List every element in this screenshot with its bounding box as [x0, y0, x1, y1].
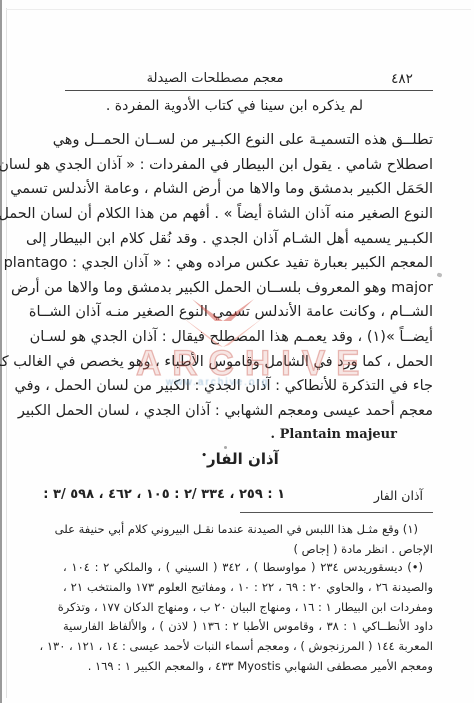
- footnote-1: (١) وقع مثـل هذا اللبس في الصيدنة عندما …: [63, 520, 433, 559]
- entry-volume-page-refs: ١ : ٢٥٩ ، ٣٣٤ /٢ : ١٠٥ ، ٤٦٢ ، ٥٩٨ /٣ :: [63, 487, 285, 502]
- body-line: تطلــق هذه التسميـة على النوع الكبـير من…: [63, 128, 433, 153]
- entry-label: آذان الفار: [371, 488, 423, 503]
- footnote-star: (•) ديسقوريدس ٢٣٤ ( مواوسطا ) ، ٣٤٢ ( ال…: [63, 558, 433, 677]
- scanned-book-page: معجم مصطلحات الصيدلة ٤٨٢ لم يذكره ابن سي…: [0, 0, 474, 703]
- scan-speck: [224, 446, 227, 449]
- page-number: ٤٨٢: [385, 71, 419, 87]
- book-title: معجم مصطلحات الصيدلة: [65, 70, 365, 88]
- body-line: الكبـير يسميه أهل الشـام آذان الجدي . وق…: [63, 227, 433, 252]
- footnote-line: الإجاص . انظر مادة ( إجاص ): [63, 540, 433, 560]
- scan-speck: [436, 272, 442, 277]
- header-rule: [65, 90, 433, 91]
- body-line: معجم أحمد عيسى ومعجم الشهابي : آذان الجد…: [63, 399, 433, 424]
- footnote-line: المعربة ١٤٤ ( المرزنجوش ) ، ومعجم أسماء …: [63, 637, 433, 657]
- footnote-line: ومعجم الأمير مصطفى الشهابي Myostis ٤٣٣ ،…: [63, 657, 433, 677]
- footnote-line: (١) وقع مثـل هذا اللبس في الصيدنة عندما …: [63, 520, 433, 540]
- body-line: النوع الصغير منه آذان الشاة أيضاً » . أف…: [63, 202, 433, 227]
- footnote-line: (•) ديسقوريدس ٢٣٤ ( مواوسطا ) ، ٣٤٢ ( ال…: [63, 558, 433, 578]
- entry-heading-text: آذان الفار: [207, 450, 279, 468]
- archive-wings-logo-icon: [178, 296, 268, 348]
- footnote-separator-rule: [240, 512, 433, 513]
- scan-top-faint-line: [6, 9, 471, 10]
- footnote-line: والصيدنة ٢٦ ، والحاوي ٢٠ : ٦٩ ، ٢٢ : ١٠ …: [63, 578, 433, 598]
- watermark-url-text: www.archive.org: [166, 377, 269, 388]
- latin-equivalent-line: . Plantain majeur: [271, 427, 397, 442]
- body-line: المعجم الكبير بعبارة تفيد عكس مراده وهي …: [63, 251, 433, 276]
- footnote-line: داود الأنطــاكي ١ : ٣٨ ، وقاموس الأطبا ٢…: [63, 617, 433, 637]
- body-line: اصطلاح شامي . يقول ابن البيطار في المفرد…: [63, 153, 433, 178]
- entry-heading: آذان الفار•: [65, 450, 415, 468]
- paragraph-end-line: لم يذكره ابن سينا في كتاب الأدوية المفرد…: [106, 98, 363, 114]
- body-line: الحَمَل الكبير بدمشق وما والاها من أرض ا…: [63, 177, 433, 202]
- footnote-line: ومفردات ابن البيطار ١ : ١٦ ، ومنهاج البي…: [63, 598, 433, 618]
